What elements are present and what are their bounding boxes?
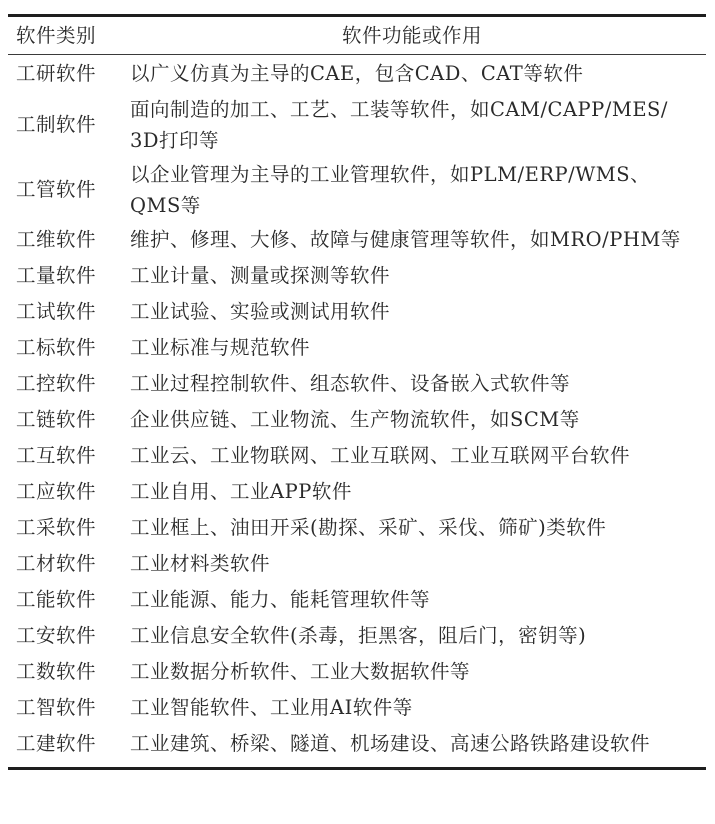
row-category: 工管软件: [8, 175, 122, 205]
description-line: QMS等: [130, 190, 702, 221]
table-bottom-rule: [8, 767, 706, 770]
table-row: 工安软件工业信息安全软件(杀毒，拒黑客，阻后门，密钥等): [8, 618, 706, 654]
description-line: 以广义仿真为主导的CAE，包含CAD、CAT等软件: [130, 59, 702, 89]
row-category: 工采软件: [8, 513, 122, 543]
table-row: 工数软件工业数据分析软件、工业大数据软件等: [8, 654, 706, 690]
table-row: 工制软件面向制造的加工、工艺、工装等软件，如CAM/CAPP/MES/3D打印等: [8, 92, 706, 157]
row-category: 工互软件: [8, 441, 122, 471]
table-row: 工管软件以企业管理为主导的工业管理软件，如PLM/ERP/WMS、QMS等: [8, 157, 706, 222]
description-line: 工业能源、能力、能耗管理软件等: [130, 585, 702, 615]
row-description: 维护、修理、大修、故障与健康管理等软件，如MRO/PHM等: [122, 225, 706, 255]
description-line: 工业计量、测量或探测等软件: [130, 261, 702, 291]
row-description: 企业供应链、工业物流、生产物流软件，如SCM等: [122, 405, 706, 435]
row-description: 以企业管理为主导的工业管理软件，如PLM/ERP/WMS、QMS等: [122, 159, 706, 221]
table-row: 工建软件工业建筑、桥梁、隧道、机场建设、高速公路铁路建设软件: [8, 726, 706, 762]
table-row: 工控软件工业过程控制软件、组态软件、设备嵌入式软件等: [8, 366, 706, 402]
table-row: 工互软件工业云、工业物联网、工业互联网、工业互联网平台软件: [8, 438, 706, 474]
description-line: 工业建筑、桥梁、隧道、机场建设、高速公路铁路建设软件: [130, 729, 702, 759]
row-category: 工研软件: [8, 59, 122, 89]
description-line: 3D打印等: [130, 125, 702, 156]
description-line: 企业供应链、工业物流、生产物流软件，如SCM等: [130, 405, 702, 435]
row-category: 工链软件: [8, 405, 122, 435]
row-description: 工业框上、油田开采(勘探、采矿、采伐、筛矿)类软件: [122, 513, 706, 543]
header-description: 软件功能或作用: [122, 21, 706, 51]
row-description: 工业云、工业物联网、工业互联网、工业互联网平台软件: [122, 441, 706, 471]
software-category-table: 软件类别 软件功能或作用 工研软件以广义仿真为主导的CAE，包含CAD、CAT等…: [8, 14, 706, 770]
table-row: 工量软件工业计量、测量或探测等软件: [8, 258, 706, 294]
header-category: 软件类别: [8, 21, 122, 51]
row-category: 工安软件: [8, 621, 122, 651]
row-category: 工能软件: [8, 585, 122, 615]
row-category: 工维软件: [8, 225, 122, 255]
row-description: 工业计量、测量或探测等软件: [122, 261, 706, 291]
description-line: 工业框上、油田开采(勘探、采矿、采伐、筛矿)类软件: [130, 513, 702, 543]
row-description: 工业建筑、桥梁、隧道、机场建设、高速公路铁路建设软件: [122, 729, 706, 759]
description-line: 工业数据分析软件、工业大数据软件等: [130, 657, 702, 687]
row-category: 工数软件: [8, 657, 122, 687]
table-row: 工标软件工业标准与规范软件: [8, 330, 706, 366]
description-line: 面向制造的加工、工艺、工装等软件，如CAM/CAPP/MES/: [130, 94, 702, 125]
description-line: 以企业管理为主导的工业管理软件，如PLM/ERP/WMS、: [130, 159, 702, 190]
row-description: 工业智能软件、工业用AI软件等: [122, 693, 706, 723]
table-row: 工试软件工业试验、实验或测试用软件: [8, 294, 706, 330]
table-row: 工能软件工业能源、能力、能耗管理软件等: [8, 582, 706, 618]
table-row: 工材软件工业材料类软件: [8, 546, 706, 582]
table-row: 工维软件维护、修理、大修、故障与健康管理等软件，如MRO/PHM等: [8, 222, 706, 258]
row-description: 面向制造的加工、工艺、工装等软件，如CAM/CAPP/MES/3D打印等: [122, 94, 706, 156]
row-category: 工材软件: [8, 549, 122, 579]
table-row: 工链软件企业供应链、工业物流、生产物流软件，如SCM等: [8, 402, 706, 438]
description-line: 工业材料类软件: [130, 549, 702, 579]
row-category: 工标软件: [8, 333, 122, 363]
table-body: 工研软件以广义仿真为主导的CAE，包含CAD、CAT等软件工制软件面向制造的加工…: [8, 55, 706, 767]
row-category: 工试软件: [8, 297, 122, 327]
row-description: 工业自用、工业APP软件: [122, 477, 706, 507]
row-description: 工业过程控制软件、组态软件、设备嵌入式软件等: [122, 369, 706, 399]
table-row: 工采软件工业框上、油田开采(勘探、采矿、采伐、筛矿)类软件: [8, 510, 706, 546]
row-description: 工业试验、实验或测试用软件: [122, 297, 706, 327]
row-description: 工业材料类软件: [122, 549, 706, 579]
row-description: 以广义仿真为主导的CAE，包含CAD、CAT等软件: [122, 59, 706, 89]
description-line: 工业标准与规范软件: [130, 333, 702, 363]
row-category: 工控软件: [8, 369, 122, 399]
row-description: 工业能源、能力、能耗管理软件等: [122, 585, 706, 615]
description-line: 工业智能软件、工业用AI软件等: [130, 693, 702, 723]
row-description: 工业数据分析软件、工业大数据软件等: [122, 657, 706, 687]
description-line: 工业信息安全软件(杀毒，拒黑客，阻后门，密钥等): [130, 621, 702, 651]
description-line: 工业云、工业物联网、工业互联网、工业互联网平台软件: [130, 441, 702, 471]
row-category: 工智软件: [8, 693, 122, 723]
table-row: 工智软件工业智能软件、工业用AI软件等: [8, 690, 706, 726]
description-line: 工业试验、实验或测试用软件: [130, 297, 702, 327]
table-row: 工应软件工业自用、工业APP软件: [8, 474, 706, 510]
row-description: 工业标准与规范软件: [122, 333, 706, 363]
table-title-cropped: [0, 0, 715, 4]
row-category: 工建软件: [8, 729, 122, 759]
row-category: 工量软件: [8, 261, 122, 291]
description-line: 维护、修理、大修、故障与健康管理等软件，如MRO/PHM等: [130, 225, 702, 255]
row-description: 工业信息安全软件(杀毒，拒黑客，阻后门，密钥等): [122, 621, 706, 651]
row-category: 工应软件: [8, 477, 122, 507]
table-header-row: 软件类别 软件功能或作用: [8, 17, 706, 54]
table-row: 工研软件以广义仿真为主导的CAE，包含CAD、CAT等软件: [8, 56, 706, 92]
row-category: 工制软件: [8, 110, 122, 140]
description-line: 工业过程控制软件、组态软件、设备嵌入式软件等: [130, 369, 702, 399]
description-line: 工业自用、工业APP软件: [130, 477, 702, 507]
